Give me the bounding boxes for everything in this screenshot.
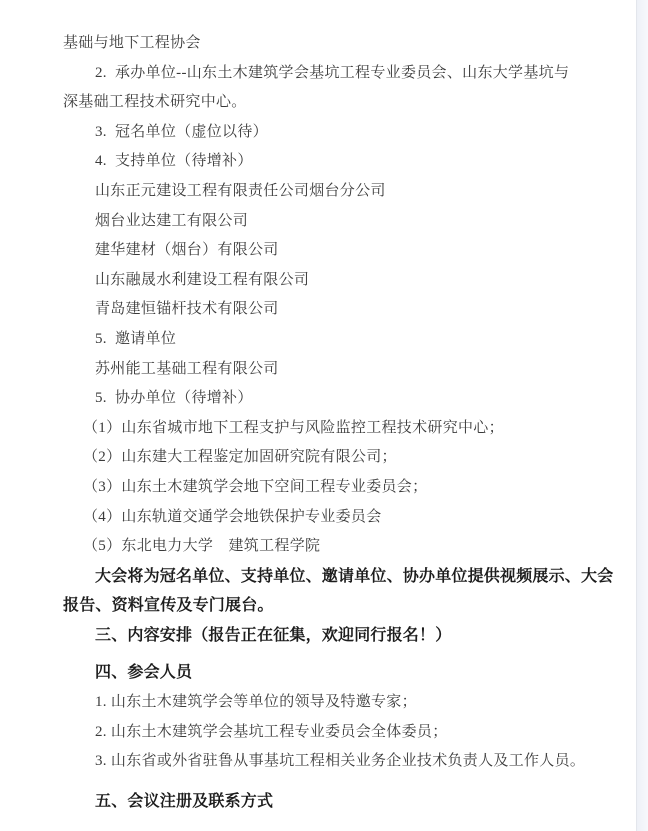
text-line: 基础与地下工程协会 [63,29,623,59]
text-line: （5）东北电力大学 建筑工程学院 [63,532,623,562]
text-line: 建华建材（烟台）有限公司 [63,236,623,266]
text-line: 2. 承办单位--山东土木建筑学会基坑工程专业委员会、山东大学基坑与 [63,59,623,89]
text-line: 大会将为冠名单位、支持单位、邀请单位、协办单位提供视频展示、大会 [63,562,623,592]
text-line: 烟台业达建工有限公司 [63,207,623,237]
text-line: 2. 山东土木建筑学会基坑工程专业委员会全体委员； [63,718,623,748]
text-line: 四、参会人员 [63,658,623,688]
document-body: 基础与地下工程协会2. 承办单位--山东土木建筑学会基坑工程专业委员会、山东大学… [63,29,623,816]
text-line: 五、会议注册及联系方式 [63,787,623,817]
text-line: 1. 山东土木建筑学会等单位的领导及特邀专家； [63,688,623,718]
text-line: 报告、资料宣传及专门展台。 [63,591,623,621]
text-line: （4）山东轨道交通学会地铁保护专业委员会 [63,503,623,533]
text-line: 5. 邀请单位 [63,325,623,355]
scrollbar-gutter [636,0,648,831]
text-line: （3）山东土木建筑学会地下空间工程专业委员会； [63,473,623,503]
text-line: 三、内容安排（报告正在征集，欢迎同行报名！） [63,621,623,651]
text-line: 青岛建恒锚杆技术有限公司 [63,295,623,325]
text-line: 苏州能工基础工程有限公司 [63,355,623,385]
text-line: （1）山东省城市地下工程支护与风险监控工程技术研究中心； [63,414,623,444]
text-line: （2）山东建大工程鉴定加固研究院有限公司； [63,443,623,473]
text-line: 3. 山东省或外省驻鲁从事基坑工程相关业务企业技术负责人及工作人员。 [63,747,623,777]
text-line: 3. 冠名单位（虚位以待） [63,118,623,148]
text-line: 深基础工程技术研究中心。 [63,88,623,118]
text-line: 4. 支持单位（待增补） [63,147,623,177]
document-page: 基础与地下工程协会2. 承办单位--山东土木建筑学会基坑工程专业委员会、山东大学… [63,29,623,816]
text-line: 5. 协办单位（待增补） [63,384,623,414]
text-line: 山东正元建设工程有限责任公司烟台分公司 [63,177,623,207]
text-line: 山东融晟水利建设工程有限公司 [63,266,623,296]
